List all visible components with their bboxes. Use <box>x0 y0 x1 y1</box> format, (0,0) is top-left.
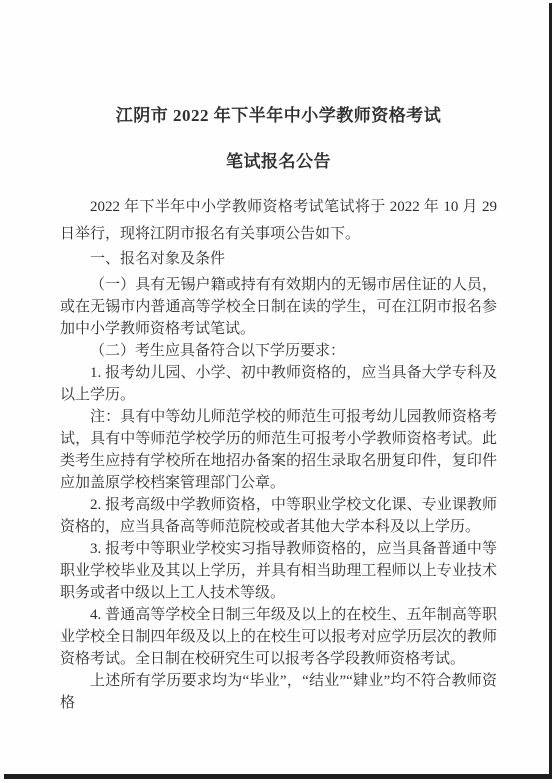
paragraph-condition-2: （二）考生应具备符合以下学历要求： <box>60 340 497 362</box>
document-title: 江阴市 2022 年下半年中小学教师资格考试 <box>60 106 497 126</box>
section-heading-1: 一、报名对象及条件 <box>60 248 497 270</box>
document-subtitle: 笔试报名公告 <box>60 152 497 172</box>
paragraph-condition-1: （一）具有无锡户籍或持有有效期内的无锡市居住证的人员，或在无锡市内普通高等学校全… <box>60 274 497 340</box>
paragraph-requirement-3: 3. 报考中等职业学校实习指导教师资格的，应当具备普通中等职业学校毕业及其以上学… <box>60 538 497 604</box>
paragraph-note: 注：具有中等幼儿师范学校的师范生可报考幼儿园教师资格考试，具有中等师范学校学历的… <box>60 406 497 494</box>
paragraph-intro: 2022 年下半年中小学教师资格考试笔试将于 2022 年 10 月 29 日举… <box>60 194 497 248</box>
scanned-document-page: 江阴市 2022 年下半年中小学教师资格考试 笔试报名公告 2022 年下半年中… <box>0 0 554 783</box>
document-body: 江阴市 2022 年下半年中小学教师资格考试 笔试报名公告 2022 年下半年中… <box>0 0 554 714</box>
paragraph-requirement-1: 1. 报考幼儿园、小学、初中教师资格的，应当具备大学专科及以上学历。 <box>60 362 497 406</box>
page-edge-bottom <box>4 774 552 779</box>
paragraph-closing: 上述所有学历要求均为“毕业”，“结业”“肄业”均不符合教师资格 <box>60 670 497 714</box>
paragraph-requirement-4: 4. 普通高等学校全日制三年级及以上的在校生、五年制高等职业学校全日制四年级及以… <box>60 604 497 670</box>
page-edge-right <box>549 3 552 779</box>
paragraph-requirement-2: 2. 报考高级中学教师资格，中等职业学校文化课、专业课教师资格的，应当具备高等师… <box>60 494 497 538</box>
